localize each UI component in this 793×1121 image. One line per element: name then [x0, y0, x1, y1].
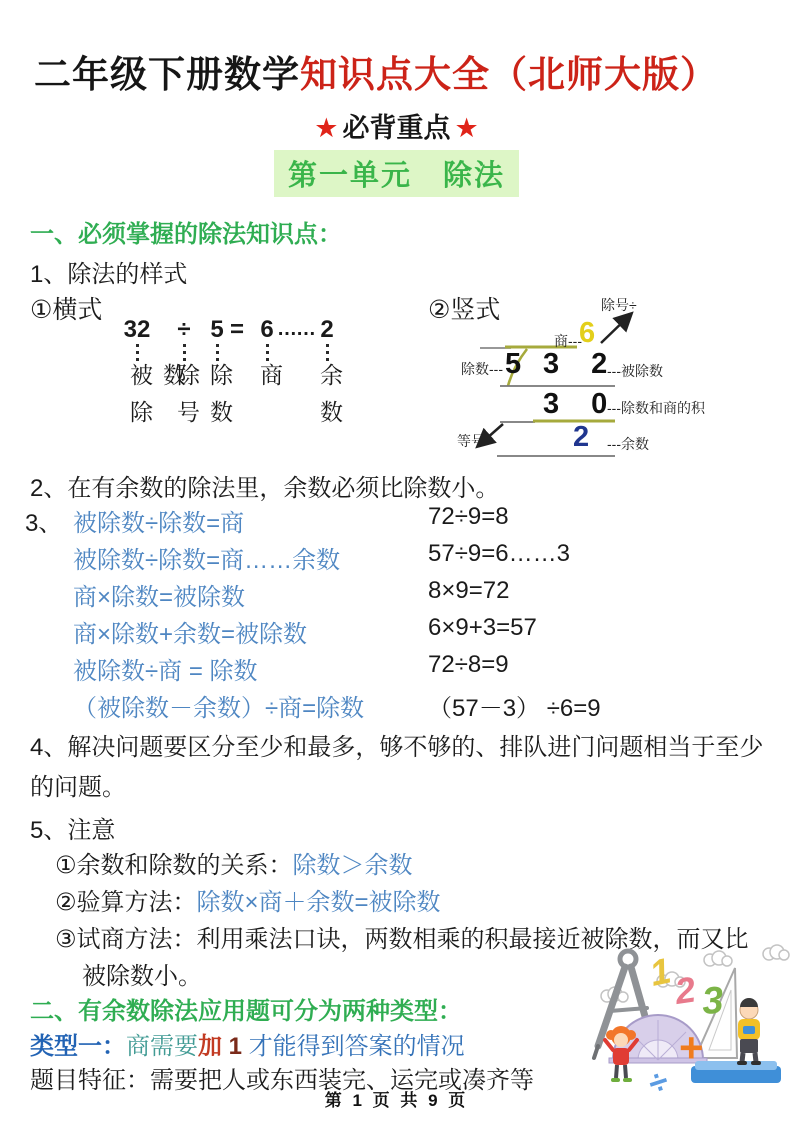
unit-title: 第一单元 除法 — [274, 150, 519, 197]
note1-value: 除数＞余数 — [293, 852, 413, 879]
book-icon — [691, 1061, 781, 1083]
star-icon: ★ — [314, 113, 338, 143]
arrow-to-divide-sign — [601, 314, 631, 343]
math-tools-illustration: 1 2 3 + ÷ — [583, 938, 791, 1106]
remainder-digit: 2 — [573, 421, 589, 454]
divide-sign-note: 除号÷ — [601, 295, 637, 315]
note2-label: ②验算方法： — [55, 889, 197, 916]
remainder-number: 2 — [307, 316, 347, 344]
section2-heading: 二、有余数除法应用题可分为两种类型： — [30, 991, 462, 1026]
dividend-number: 32 — [117, 316, 157, 344]
formula-rule: 商×除数=被除数 — [73, 577, 245, 612]
formula-row: （被除数－余数）÷商=除数 （57－3） ÷6=9 — [0, 688, 793, 725]
division-sign-icon: ÷ — [644, 1062, 674, 1104]
formula-example: 6×9+3=57 — [428, 614, 537, 642]
type1-add: 加 — [198, 1033, 222, 1060]
section1-item4: 4、解决问题要区分至少和最多，够不够的、排队进门问题相当于至少的问题。 — [30, 728, 772, 808]
divide-sign-label: 除号 — [171, 363, 204, 437]
formula-row: 被除数÷商 = 除数 72÷8=9 — [0, 651, 793, 688]
formula-example: 72÷8=9 — [428, 651, 509, 679]
title-part-black: 二年级下册数学 — [34, 54, 300, 95]
formula-rule: 被除数÷除数=商……余数 — [73, 540, 340, 575]
formula-row: 商×除数+余数=被除数 6×9+3=57 — [0, 614, 793, 651]
quotient-label: 商 — [254, 363, 287, 400]
unit-banner-wrap: 第一单元 除法 — [0, 150, 793, 197]
dotted-connector — [136, 344, 139, 361]
dotted-connector — [216, 344, 219, 361]
type1-label: 类型一： — [30, 1033, 126, 1060]
remainder-label: 余数 — [314, 363, 347, 437]
number-three: 3 — [701, 980, 725, 1023]
number-one: 1 — [646, 950, 674, 994]
cloud-icon — [763, 945, 789, 960]
note2: ②验算方法：除数×商＋余数=被除数 — [55, 882, 441, 917]
subtitle: ★必背重点★ — [0, 106, 793, 145]
equals-tag: 等号= — [457, 431, 493, 451]
section1-item2: 2、在有余数的除法里，余数必须比除数小。 — [30, 468, 499, 503]
formula-example: 72÷9=8 — [428, 503, 509, 531]
horizontal-division-diagram: 32 ÷ 5 = 6 …… 2 被除数 除号 除数 商 余数 — [95, 316, 375, 466]
formula-rule: （被除数－余数）÷商=除数 — [73, 688, 364, 723]
title-part-red: 知识点大全（北师大版） — [300, 54, 718, 95]
formula-row: 商×除数=被除数 8×9=72 — [0, 577, 793, 614]
formula-rule: 被除数÷商 = 除数 — [73, 651, 258, 686]
page-title: 二年级下册数学知识点大全（北师大版） — [34, 44, 718, 98]
formula-example: 8×9=72 — [428, 577, 509, 605]
cloud-icon — [704, 951, 732, 966]
vertical-division-diagram: 除号÷ 商--- 6 除数--- 5 3 2 ---被除数 3 0 ---除数和… — [455, 293, 785, 471]
note3-continuation: 被除数小。 — [82, 956, 202, 991]
quotient-digit: 6 — [579, 317, 595, 350]
formula-rule: 被除数÷除数=商 — [73, 503, 244, 538]
type1-line: 类型一：商需要加 1 才能得到答案的情况 — [30, 1026, 465, 1061]
note2-value: 除数×商＋余数=被除数 — [197, 889, 441, 916]
dotted-connector — [183, 344, 186, 361]
formula-row: 被除数÷除数=商 72÷9=8 — [0, 503, 793, 540]
formula-example: （57－3） ÷6=9 — [428, 688, 601, 723]
worksheet-page: 二年级下册数学知识点大全（北师大版） ★必背重点★ 第一单元 除法 一、必须掌握… — [0, 0, 793, 1121]
dotted-connector — [326, 344, 329, 361]
number-two: 2 — [671, 969, 698, 1013]
type1-one: 1 — [222, 1033, 249, 1060]
divisor-label: 除数 — [204, 363, 237, 437]
section1-item1: 1、除法的样式 — [30, 254, 187, 289]
formula-example: 57÷9=6……3 — [428, 540, 570, 568]
plus-sign-icon: + — [679, 1024, 704, 1071]
remainder-tag: ---余数 — [607, 434, 649, 454]
dotted-connector — [266, 344, 269, 361]
boy-figure — [737, 998, 761, 1065]
divisor-digit: 5 — [505, 348, 521, 381]
dividend-tag: ---被除数 — [607, 361, 663, 381]
note1-label: ①余数和除数的关系： — [55, 852, 293, 879]
type1-text1: 商需要 — [126, 1033, 198, 1060]
section1-heading: 一、必须掌握的除法知识点： — [30, 214, 342, 249]
star-icon: ★ — [455, 113, 479, 143]
horizontal-form-label: ①横式 — [30, 290, 102, 326]
type1-text2: 才能得到答案的情况 — [249, 1033, 465, 1060]
section1-item5: 5、注意 — [30, 810, 115, 845]
divisor-tag: 除数--- — [461, 359, 503, 379]
product-tag: ---除数和商的积 — [607, 398, 705, 418]
formula-row: 被除数÷除数=商……余数 57÷9=6……3 — [0, 540, 793, 577]
note1: ①余数和除数的关系：除数＞余数 — [55, 845, 413, 880]
formula-rule: 商×除数+余数=被除数 — [73, 614, 307, 649]
subtitle-text: 必背重点 — [343, 113, 451, 143]
